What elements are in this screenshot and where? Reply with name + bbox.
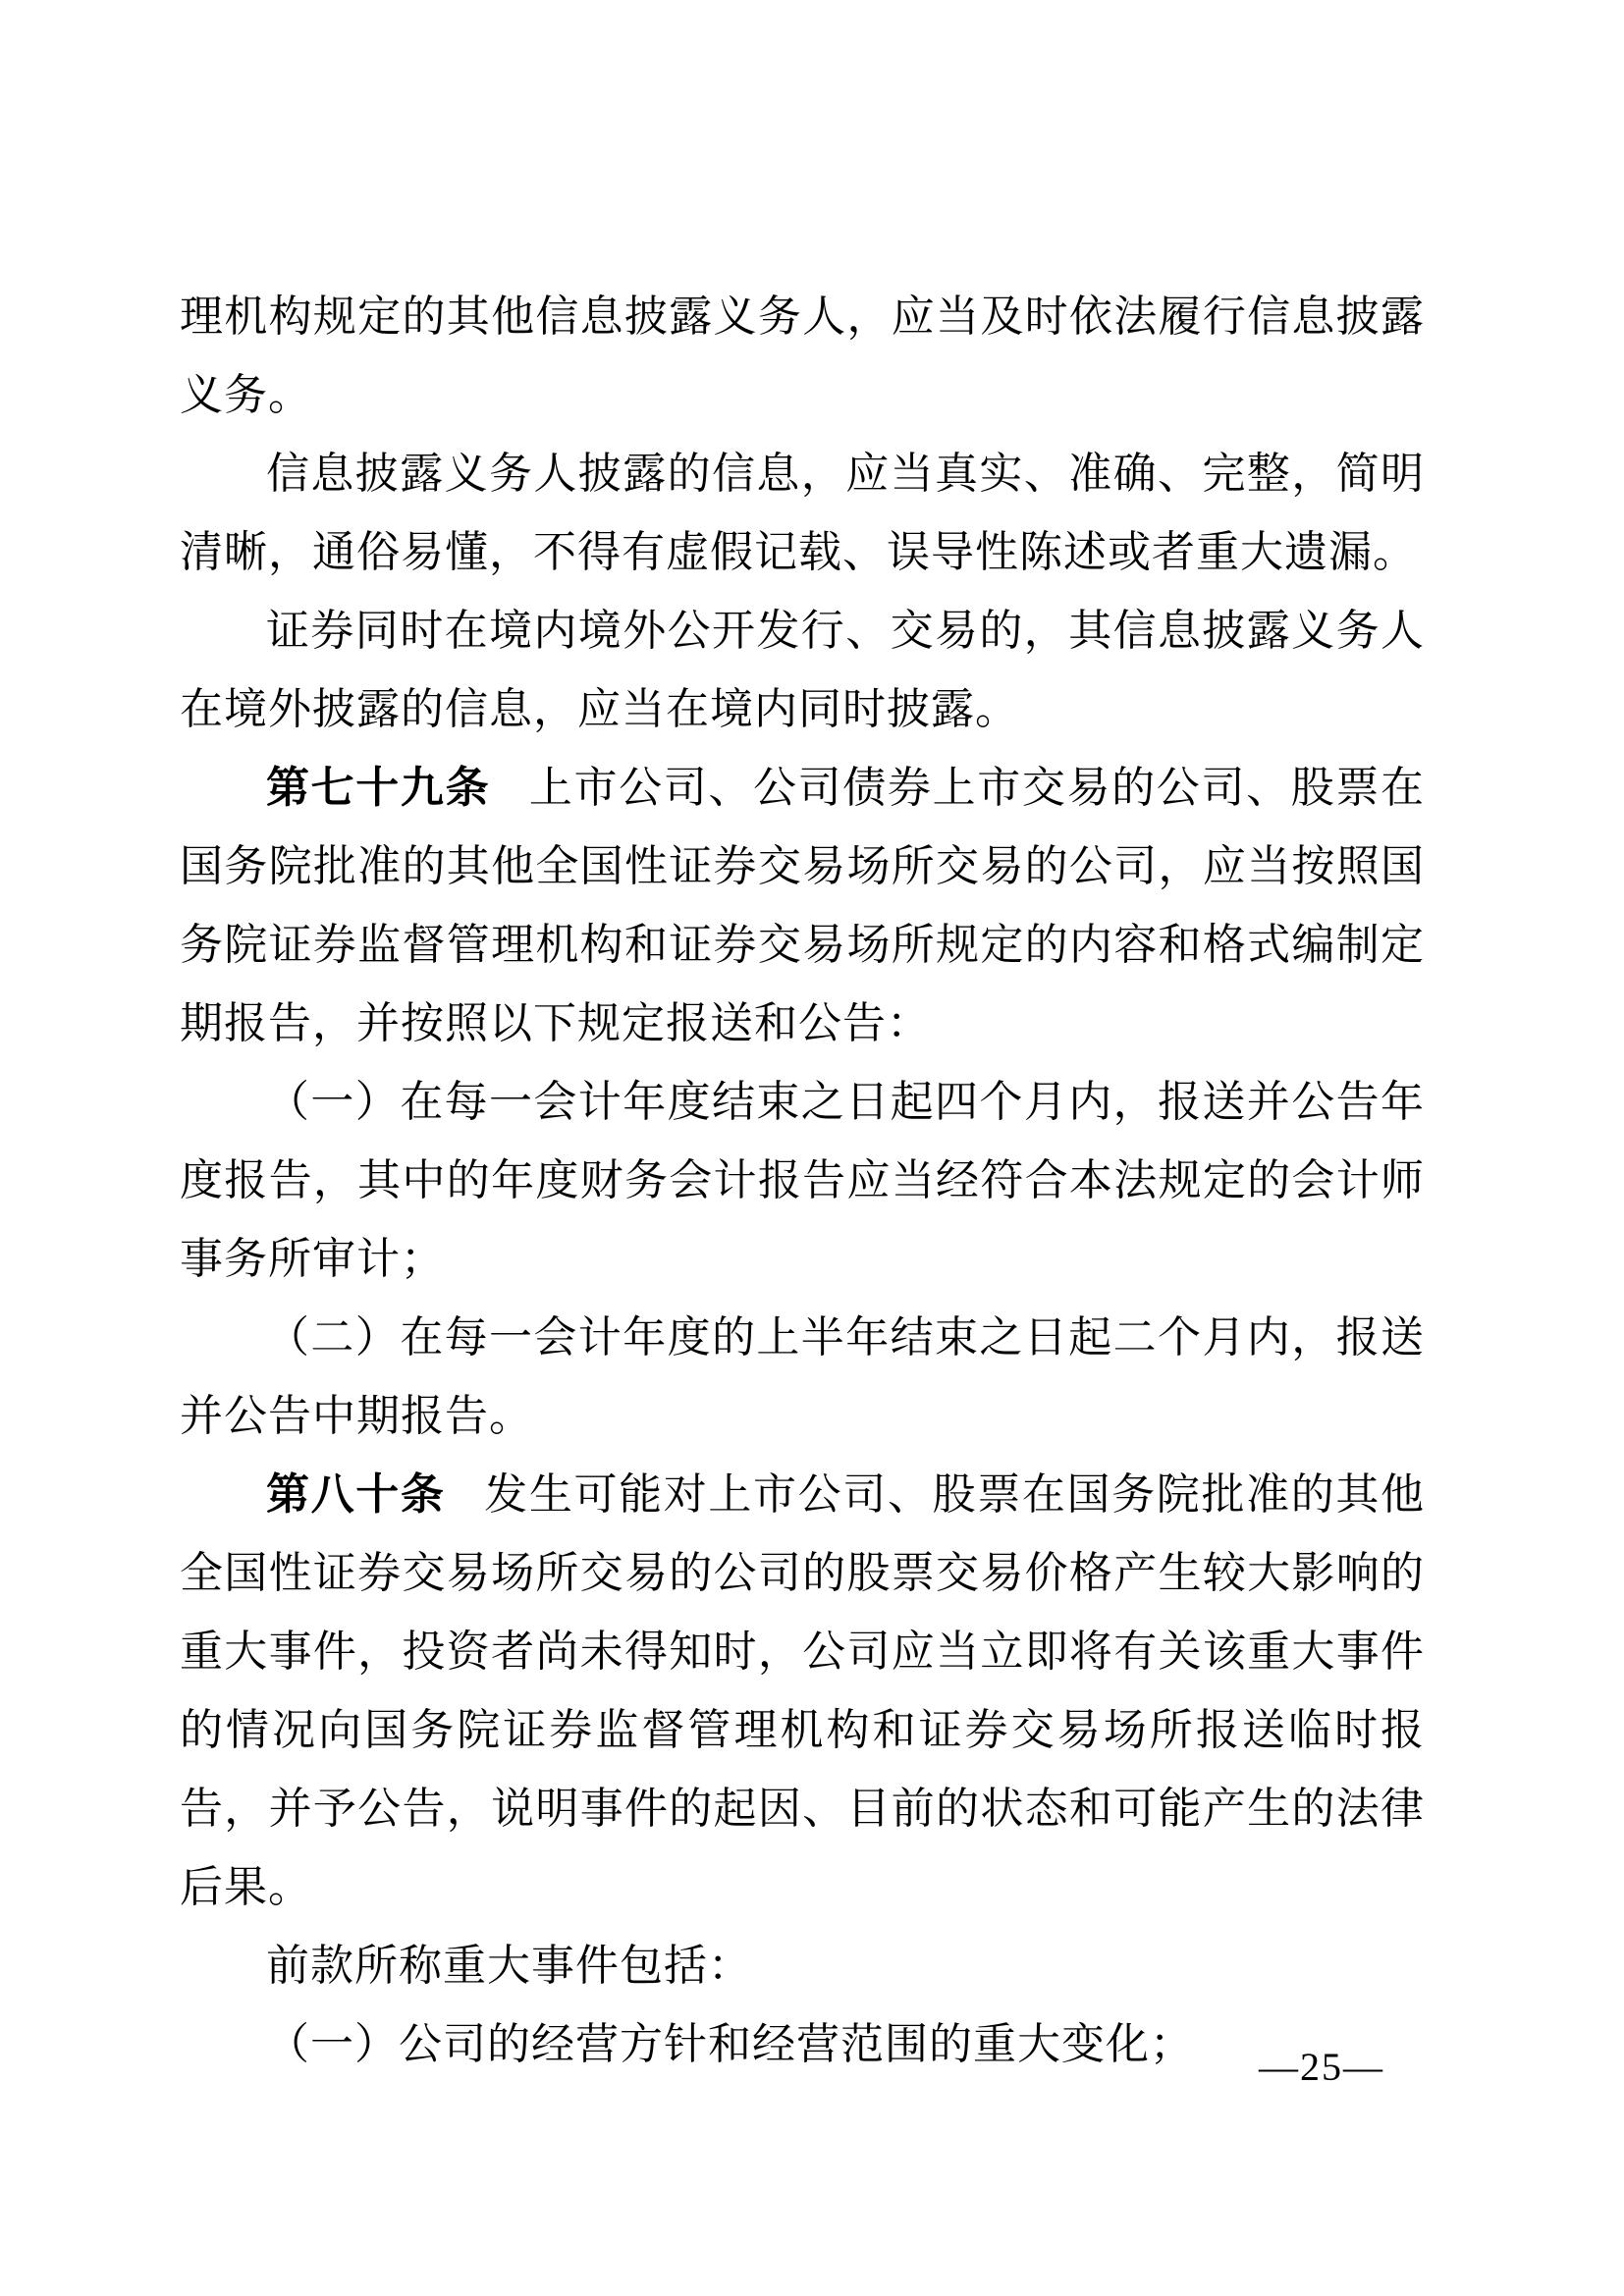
paragraph-text: （一）公司的经营方针和经营范围的重大变化； [266, 2020, 1194, 2068]
paragraph-overseas-disclosure: 证券同时在境内境外公开发行、交易的，其信息披露义务人在境外披露的信息，应当在境内… [180, 592, 1425, 749]
article-79-item-2: （二）在每一会计年度的上半年结束之日起二个月内，报送并公告中期报告。 [180, 1299, 1425, 1456]
article-79: 第七十九条上市公司、公司债券上市交易的公司、股票在国务院批准的其他全国性证券交易… [180, 749, 1425, 1063]
paragraph-text: 证券同时在境内境外公开发行、交易的，其信息披露义务人在境外披露的信息，应当在境内… [180, 607, 1425, 733]
paragraph-text: （一）在每一会计年度结束之日起四个月内，报送并公告年度报告，其中的年度财务会计报… [180, 1078, 1425, 1283]
paragraph-disclosure-requirements: 信息披露义务人披露的信息，应当真实、准确、完整，简明清晰，通俗易懂，不得有虚假记… [180, 435, 1425, 592]
paragraph-text: （二）在每一会计年度的上半年结束之日起二个月内，报送并公告中期报告。 [180, 1313, 1425, 1440]
paragraph-continuation: 理机构规定的其他信息披露义务人，应当及时依法履行信息披露义务。 [180, 278, 1425, 435]
document-page: 理机构规定的其他信息披露义务人，应当及时依法履行信息披露义务。 信息披露义务人披… [0, 0, 1624, 2296]
article-80: 第八十条发生可能对上市公司、股票在国务院批准的其他全国性证券交易场所交易的公司的… [180, 1456, 1425, 1927]
paragraph-text: 信息披露义务人披露的信息，应当真实、准确、完整，简明清晰，通俗易懂，不得有虚假记… [180, 450, 1425, 576]
article-80-item-1: （一）公司的经营方针和经营范围的重大变化； [180, 2005, 1425, 2084]
paragraph-text: 发生可能对上市公司、股票在国务院批准的其他全国性证券交易场所交易的公司的股票交易… [180, 1470, 1425, 1911]
paragraph-text: 理机构规定的其他信息披露义务人，应当及时依法履行信息披露义务。 [180, 293, 1425, 419]
paragraph-text: 前款所称重大事件包括： [266, 1942, 752, 1990]
article-80-label: 第八十条 [266, 1470, 446, 1519]
paragraph-major-events-intro: 前款所称重大事件包括： [180, 1927, 1425, 2005]
article-79-label: 第七十九条 [266, 764, 490, 812]
article-79-item-1: （一）在每一会计年度结束之日起四个月内，报送并公告年度报告，其中的年度财务会计报… [180, 1063, 1425, 1299]
page-number: —25— [1259, 2045, 1384, 2089]
page-footer: —25— [1259, 2045, 1384, 2090]
document-body: 理机构规定的其他信息披露义务人，应当及时依法履行信息披露义务。 信息披露义务人披… [180, 278, 1425, 2084]
